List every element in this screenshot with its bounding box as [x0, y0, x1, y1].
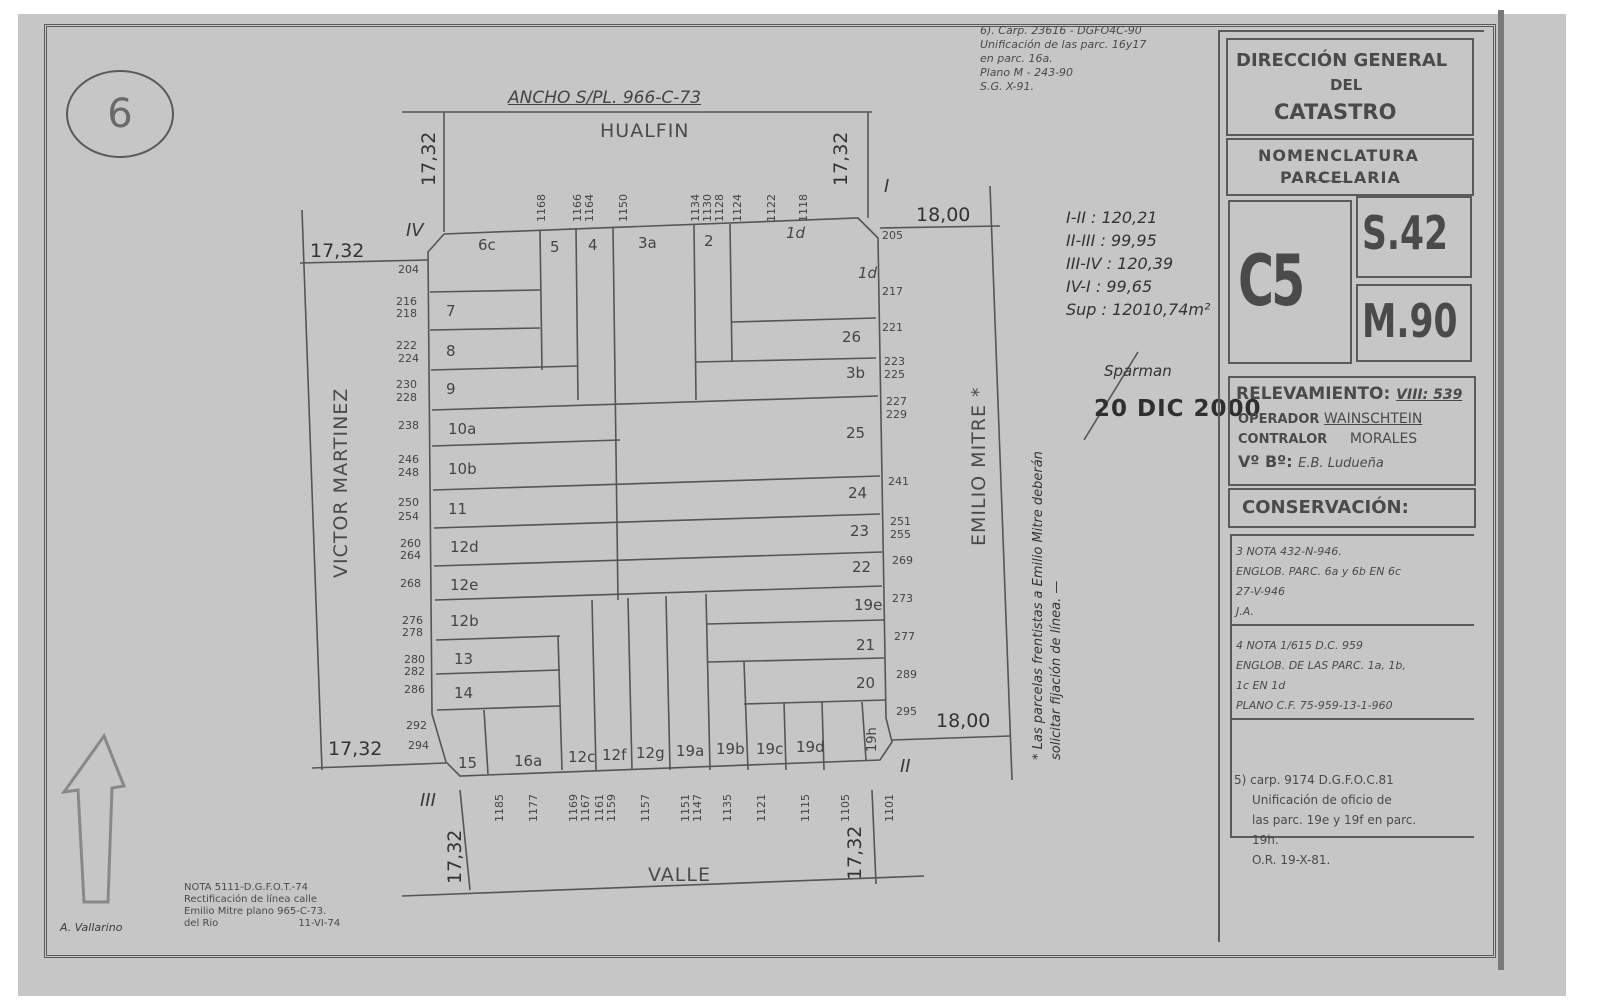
door-number: 204 — [398, 264, 419, 275]
lot-label: 12f — [602, 748, 626, 763]
note-line: del Rio — [184, 918, 218, 930]
door-number: 1150 — [618, 194, 629, 222]
entry-line: ENGLOB. PARC. 6a y 6b EN 6c — [1236, 562, 1401, 582]
door-number: 269 — [892, 555, 913, 566]
entry-line: O.R. 19-X-81. — [1234, 850, 1416, 870]
lot-label: 1d — [786, 226, 805, 241]
door-number: 278 — [402, 627, 423, 638]
annotation-line: solicitar fijación de línea. — — [1048, 451, 1066, 760]
note-line: Rectificación de línea calle — [184, 894, 340, 906]
note-line: Emilio Mitre plano 965-C-73. — [184, 906, 340, 918]
lot-label: 12d — [450, 540, 479, 555]
lot-label: 26 — [842, 330, 861, 345]
door-number: 1147 — [692, 794, 703, 822]
conservacion-entry: 3 NOTA 432-N-946. ENGLOB. PARC. 6a y 6b … — [1236, 542, 1401, 622]
lot-label: 12b — [450, 614, 479, 629]
note-line: Unificación de las parc. 16y17 — [980, 38, 1146, 52]
door-number: 1164 — [584, 194, 595, 222]
measure-label: II-III : — [1066, 231, 1106, 250]
door-number: 286 — [404, 684, 425, 695]
entry-line: PLANO C.F. 75-959-13-1-960 — [1236, 696, 1406, 716]
door-number: 273 — [892, 593, 913, 604]
lot-label: 23 — [850, 524, 869, 539]
door-number: 1134 — [690, 194, 701, 222]
dimension-label: 18,00 — [936, 712, 990, 731]
agency-line2: DEL — [1330, 78, 1362, 93]
street-name-south: VALLE — [648, 866, 711, 885]
divider — [1232, 624, 1474, 626]
lot-label: 19h — [866, 727, 879, 752]
conservacion-entries: 3 NOTA 432-N-946. ENGLOB. PARC. 6a y 6b … — [1230, 534, 1474, 838]
street-name-west: VICTOR MARTINEZ — [332, 388, 351, 578]
note-line: Plano M - 243-90 — [980, 66, 1146, 80]
door-number: 251 — [890, 516, 911, 527]
entry-line: 19h. — [1234, 830, 1416, 850]
door-number: 1168 — [536, 194, 547, 222]
door-number: 1101 — [884, 794, 895, 822]
lot-label: 12e — [450, 578, 478, 593]
door-number: 1130 — [702, 194, 713, 222]
lot-label: 19e — [854, 598, 882, 613]
circunscripcion-value: C5 — [1238, 246, 1302, 316]
lot-label: 21 — [856, 638, 875, 653]
operador-row: OPERADOR WAINSCHTEIN — [1238, 412, 1422, 426]
door-number: 1157 — [640, 794, 651, 822]
measure-value: 99,65 — [1106, 277, 1152, 296]
contralor-row: CONTRALOR MORALES — [1238, 432, 1417, 446]
door-number: 222 — [396, 340, 417, 351]
door-number: 276 — [402, 615, 423, 626]
relevamiento-label: RELEVAMIENTO: VIII: 539 — [1236, 386, 1462, 403]
lot-label: 15 — [458, 756, 477, 771]
lot-label: 5 — [550, 240, 560, 255]
boundary-measures: I-II : 120,21 II-III : 99,95 III-IV : 12… — [1066, 206, 1210, 321]
operador-value: WAINSCHTEIN — [1324, 411, 1422, 427]
conservacion-entry: 4 NOTA 1/615 D.C. 959 ENGLOB. DE LAS PAR… — [1236, 636, 1406, 716]
lot-label: 7 — [446, 304, 456, 319]
note-line: NOTA 5111-D.G.F.O.T.-74 — [184, 882, 340, 894]
door-number: 218 — [396, 308, 417, 319]
street-name-east: EMILIO MITRE * — [970, 386, 989, 546]
door-number: 224 — [398, 353, 419, 364]
dimension-label: 17,32 — [310, 242, 364, 261]
corner-label: I — [884, 178, 889, 196]
door-number: 264 — [400, 550, 421, 561]
lot-label: 6c — [478, 238, 496, 253]
contralor-label: CONTRALOR — [1238, 432, 1327, 447]
door-number: 216 — [396, 296, 417, 307]
relevamiento-value: VIII: 539 — [1396, 387, 1462, 403]
entry-line: las parc. 19e y 19f en parc. — [1234, 810, 1416, 830]
lot-label: 19b — [716, 742, 745, 757]
lot-label: 8 — [446, 344, 456, 359]
entry-line: 3 NOTA 432-N-946. — [1236, 542, 1401, 562]
door-number: 1122 — [766, 194, 777, 222]
door-number: 1167 — [580, 794, 591, 822]
note-line: S.G. X-91. — [980, 80, 1146, 94]
door-number: 1105 — [840, 794, 851, 822]
door-number: 268 — [400, 578, 421, 589]
frontage-annotation: * Las parcelas frentistas a Emilio Mitre… — [1030, 451, 1066, 760]
corner-label: III — [420, 792, 436, 810]
lot-label: 12g — [636, 746, 665, 761]
survey-box: RELEVAMIENTO: VIII: 539 OPERADOR WAINSCH… — [1228, 376, 1476, 486]
vb-label: Vº Bº: — [1238, 452, 1293, 471]
nomenclature-line2: PARCELARIA — [1280, 170, 1401, 186]
door-number: 1115 — [800, 794, 811, 822]
dimension-label: 17,32 — [420, 132, 439, 186]
lot-label: 22 — [852, 560, 871, 575]
lot-label: 19d — [796, 740, 825, 755]
door-number: 254 — [398, 511, 419, 522]
door-number: 250 — [398, 497, 419, 508]
door-number: 229 — [886, 409, 907, 420]
door-number: 1169 — [568, 794, 579, 822]
measure-label: IV-I : — [1066, 277, 1101, 296]
lot-label: 9 — [446, 382, 456, 397]
door-number: 289 — [896, 669, 917, 680]
door-number: 1159 — [606, 794, 617, 822]
door-number: 223 — [884, 356, 905, 367]
lot-label: 25 — [846, 426, 865, 441]
nomenclature-line1: NOMENCLATURA — [1258, 148, 1419, 164]
door-number: 1118 — [798, 194, 809, 222]
door-number: 1128 — [714, 194, 725, 222]
seccion-value: S.42 — [1362, 210, 1448, 256]
draftsman-signature: A. Vallarino — [60, 922, 122, 933]
lot-label: 12c — [568, 750, 595, 765]
measure-value: 99,95 — [1111, 231, 1157, 250]
door-number: 205 — [882, 230, 903, 241]
lot-label: 20 — [856, 676, 875, 691]
dimension-label: 17,32 — [846, 826, 865, 880]
door-number: 241 — [888, 476, 909, 487]
lot-label: 10b — [448, 462, 477, 477]
note-date: 11-VI-74 — [298, 918, 340, 930]
manzana-value: M.90 — [1362, 298, 1457, 344]
lot-label: 3a — [638, 236, 657, 251]
lot-label: 19a — [676, 744, 704, 759]
door-number: 294 — [408, 740, 429, 751]
note-line: en parc. 16a. — [980, 52, 1146, 66]
label: RELEVAMIENTO: — [1236, 384, 1390, 404]
vb-signature: E.B. Ludueña — [1298, 456, 1384, 471]
top-reference: ANCHO S/PL. 966-C-73 — [508, 90, 701, 107]
door-number: 1151 — [680, 794, 691, 822]
entry-line: 1c EN 1d — [1236, 676, 1406, 696]
door-number: 227 — [886, 396, 907, 407]
bottom-note: NOTA 5111-D.G.F.O.T.-74 Rectificación de… — [184, 882, 340, 930]
lot-label: 1d — [858, 266, 877, 281]
door-number: 221 — [882, 322, 903, 333]
lot-label: 16a — [514, 754, 542, 769]
agency-line1: DIRECCIÓN GENERAL — [1236, 52, 1447, 70]
measure-label: I-II : — [1066, 208, 1096, 227]
lot-label: 24 — [848, 486, 867, 501]
door-number: 228 — [396, 392, 417, 403]
door-number: 1124 — [732, 194, 743, 222]
lot-label: 11 — [448, 502, 467, 517]
dimension-label: 17,32 — [328, 740, 382, 759]
door-number: 230 — [396, 379, 417, 390]
dimension-label: 18,00 — [916, 206, 970, 225]
annotation-line: * Las parcelas frentistas a Emilio Mitre… — [1030, 451, 1048, 760]
door-number: 238 — [398, 420, 419, 431]
manzana-box: M.90 — [1356, 284, 1472, 362]
contralor-value: MORALES — [1350, 431, 1417, 447]
door-number: 1166 — [572, 194, 583, 222]
door-number: 1185 — [494, 794, 505, 822]
top-note: 6). Carp. 23616 - DGFO4C-90 Unificación … — [980, 24, 1146, 94]
door-number: 260 — [400, 538, 421, 549]
divider — [1232, 718, 1474, 720]
agency-box: DIRECCIÓN GENERAL DEL CATASTRO — [1226, 38, 1474, 136]
door-number: 277 — [894, 631, 915, 642]
door-number: 246 — [398, 454, 419, 465]
entry-line: ENGLOB. DE LAS PARC. 1a, 1b, — [1236, 656, 1406, 676]
lot-label: 2 — [704, 234, 714, 249]
corner-label: IV — [406, 222, 424, 240]
measure-label: III-IV : — [1066, 254, 1112, 273]
entry-line: J.A. — [1236, 602, 1401, 622]
entry-line: 27-V-946 — [1236, 582, 1401, 602]
lot-label: 19c — [756, 742, 783, 757]
measure-value: 120,39 — [1117, 254, 1173, 273]
door-number: 255 — [890, 529, 911, 540]
measure-value: 12010,74m² — [1112, 300, 1210, 319]
entry-line: 4 NOTA 1/615 D.C. 959 — [1236, 636, 1406, 656]
agency-line3: CATASTRO — [1274, 102, 1396, 123]
seccion-box: S.42 — [1356, 196, 1472, 278]
door-number: 217 — [882, 286, 903, 297]
door-number: 282 — [404, 666, 425, 677]
lot-label: 10a — [448, 422, 476, 437]
conservacion-header: CONSERVACIÓN: — [1228, 488, 1476, 528]
corner-label: II — [900, 758, 911, 776]
dimension-label: 17,32 — [446, 830, 465, 884]
conservacion-label: CONSERVACIÓN: — [1242, 499, 1409, 517]
measure-label: Sup : — [1066, 300, 1107, 319]
lot-label: 3b — [846, 366, 865, 381]
lot-label: 4 — [588, 238, 598, 253]
lot-label: 14 — [454, 686, 473, 701]
dimension-label: 17,32 — [832, 132, 851, 186]
conservacion-entry: 5) carp. 9174 D.G.F.O.C.81 Unificación d… — [1234, 770, 1416, 870]
door-number: 248 — [398, 467, 419, 478]
street-name-north: HUALFIN — [600, 122, 690, 141]
nomenclature-box: NOMENCLATURA PARCELARIA — [1226, 138, 1474, 196]
operador-label: OPERADOR — [1238, 412, 1319, 427]
circunscripcion-box: C5 — [1228, 200, 1352, 364]
door-number: 280 — [404, 654, 425, 665]
note-line: 6). Carp. 23616 - DGFO4C-90 — [980, 24, 1146, 38]
entry-line: Unificación de oficio de — [1234, 790, 1416, 810]
door-number: 1135 — [722, 794, 733, 822]
door-number: 295 — [896, 706, 917, 717]
door-number: 1161 — [594, 794, 605, 822]
entry-line: 5) carp. 9174 D.G.F.O.C.81 — [1234, 770, 1416, 790]
door-number: 292 — [406, 720, 427, 731]
vb-row: Vº Bº: E.B. Ludueña — [1238, 454, 1384, 470]
door-number: 1121 — [756, 794, 767, 822]
signature: Sparman — [1104, 364, 1172, 379]
door-number: 1177 — [528, 794, 539, 822]
measure-value: 120,21 — [1102, 208, 1158, 227]
door-number: 225 — [884, 369, 905, 380]
lot-label: 13 — [454, 652, 473, 667]
